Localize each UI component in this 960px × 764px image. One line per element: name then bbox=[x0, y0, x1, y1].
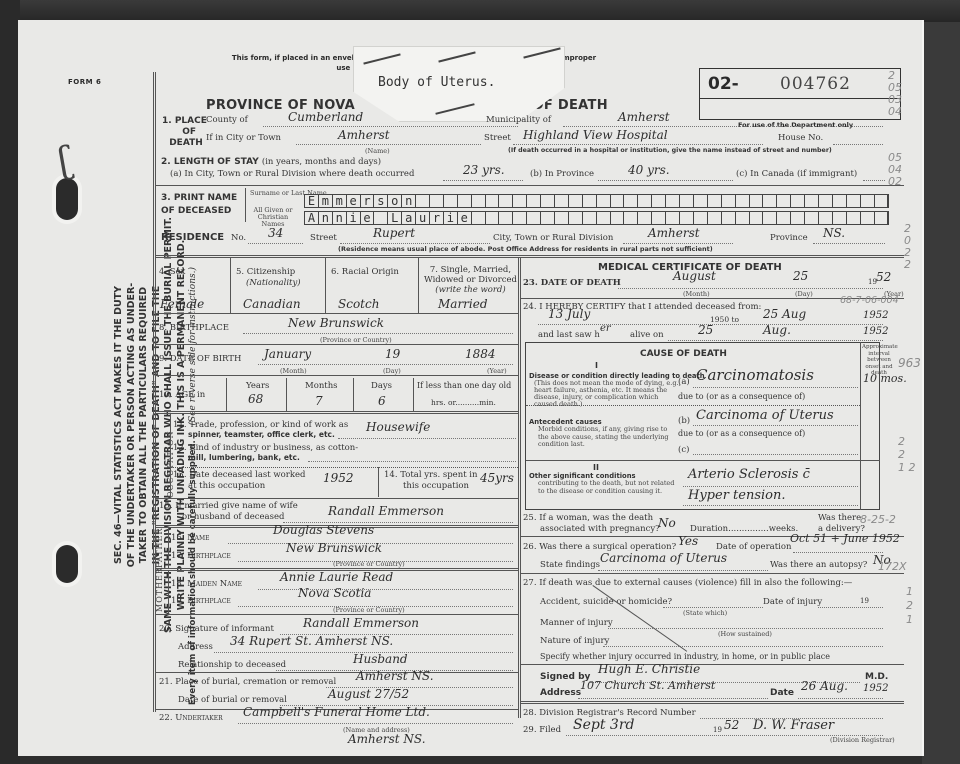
divider bbox=[156, 185, 904, 186]
dob-year-value: 1884 bbox=[465, 347, 496, 361]
dob-label: 9. DATE OF BIRTH bbox=[159, 354, 241, 364]
direct-cause-note: (This does not mean the mode of dying, e… bbox=[534, 380, 682, 408]
father-name-label: 16. Name bbox=[171, 533, 210, 543]
divider bbox=[156, 411, 518, 414]
physician-address-line bbox=[578, 698, 768, 699]
pencil-codes-mid: 2022 bbox=[904, 223, 911, 271]
registration-prefix: 02- bbox=[708, 74, 739, 94]
injury-date-label: Date of injury bbox=[763, 597, 822, 607]
manner-sub-label: (How sustained) bbox=[718, 630, 772, 638]
pregnancy-label: 25. If a woman, was the death bbox=[523, 513, 653, 523]
stay-canada-label: (c) In Canada (if immigrant) bbox=[736, 169, 857, 179]
operation-date-line bbox=[793, 552, 883, 553]
filed-year-value: 52 bbox=[724, 718, 739, 732]
street-label: Street bbox=[484, 133, 511, 143]
signature-date-value: 26 Aug. bbox=[801, 679, 848, 693]
pregnancy-sub-label: associated with pregnancy? bbox=[540, 524, 660, 534]
alive-on-line bbox=[668, 340, 883, 341]
stay-city-label: (a) In City, Town or Rural Division wher… bbox=[170, 169, 414, 179]
other-2-line bbox=[683, 505, 858, 506]
scanner-backdrop-right bbox=[922, 22, 960, 764]
dob-month-value: January bbox=[264, 347, 311, 361]
deceased-name-label: 3. PRINT NAMEOF DECEASED bbox=[161, 192, 237, 218]
margin-check-mark: ʗ bbox=[55, 139, 77, 182]
residence-street-value: Rupert bbox=[373, 226, 415, 240]
burial-place-value: Amherst NS. bbox=[356, 669, 434, 683]
death-month-value: August bbox=[673, 269, 716, 283]
citizenship-sub-label: (Nationality) bbox=[246, 278, 301, 288]
registrar-sub-label: (Division Registrar) bbox=[830, 736, 895, 744]
antecedent-causes-note: Morbid conditions, if any, giving rise t… bbox=[538, 426, 678, 449]
relationship-label: Relationship to deceased bbox=[178, 660, 286, 670]
divider bbox=[860, 342, 861, 510]
filed-year-prefix: 19 bbox=[713, 726, 722, 734]
less-than-day-label: If less than one day old bbox=[417, 381, 511, 390]
signature-date-line bbox=[798, 698, 883, 699]
residence-no-line bbox=[248, 243, 303, 244]
divider bbox=[170, 414, 171, 499]
divider bbox=[245, 188, 246, 222]
pencil-codes-other: 221 2 bbox=[898, 435, 916, 474]
last-worked-value: 1952 bbox=[323, 471, 354, 485]
residence-city-value: Amherst bbox=[648, 226, 700, 240]
scanner-backdrop-top bbox=[0, 0, 960, 22]
from-year-label: 1950 to bbox=[710, 315, 739, 324]
residence-province-value: NS. bbox=[823, 226, 845, 240]
stay-city-line bbox=[443, 180, 523, 181]
father-section-label: FATHER bbox=[155, 528, 164, 568]
divider bbox=[156, 313, 518, 314]
findings-value: Carcinoma of Uterus bbox=[600, 551, 727, 565]
residence-street-label: Street bbox=[310, 233, 337, 243]
residence-city-line bbox=[623, 243, 733, 244]
residence-street-line bbox=[340, 243, 490, 244]
date-of-death-label: 23. DATE OF DEATH bbox=[523, 278, 621, 288]
mother-name-line bbox=[258, 589, 513, 590]
autopsy-label: Was there an autopsy? bbox=[770, 560, 867, 570]
pencil-delivery-code: 8-25-2 bbox=[860, 513, 896, 526]
registration-number-box: 02- 004762 bbox=[699, 68, 901, 120]
trade-line bbox=[338, 438, 516, 439]
divider bbox=[353, 378, 354, 411]
punch-hole-icon bbox=[56, 545, 78, 583]
undertaker-line bbox=[238, 723, 513, 724]
divider bbox=[156, 672, 518, 673]
spouse-sub-label: or husband of deceased bbox=[182, 512, 284, 522]
margin-rule bbox=[153, 72, 156, 712]
municipality-value: Amherst bbox=[618, 110, 670, 124]
divider bbox=[418, 258, 419, 313]
death-certificate-paper: FORM 6 SEC. 46—VITAL STATISTICS ACT MAKE… bbox=[18, 20, 924, 756]
alive-year-value: 1952 bbox=[863, 326, 888, 337]
accident-line bbox=[663, 607, 763, 608]
month-sub-label: (Month) bbox=[683, 290, 710, 298]
residence-note: (Residence means usual place of abode. P… bbox=[338, 245, 713, 253]
total-years-label: 14. Total yrs. spent in bbox=[384, 470, 478, 480]
due-to-label: due to (or as a consequence of) bbox=[678, 429, 805, 438]
county-label: County of bbox=[206, 115, 248, 125]
injury-location-label: Specify whether injury occurred in indus… bbox=[540, 652, 830, 661]
house-line bbox=[833, 144, 883, 145]
injury-year-prefix: 19 bbox=[860, 597, 869, 605]
county-value: Cumberland bbox=[288, 110, 363, 124]
surgical-operation-value: Yes bbox=[678, 534, 698, 548]
divider bbox=[526, 460, 880, 461]
day-sub-label: (Day) bbox=[795, 290, 813, 298]
stay-province-value: 40 yrs. bbox=[628, 163, 670, 177]
city-sub-label: (Name) bbox=[365, 147, 390, 155]
department-note: For use of the Department only bbox=[738, 121, 853, 129]
divider bbox=[226, 378, 227, 411]
md-label: M.D. bbox=[865, 672, 888, 682]
racial-origin-label: 6. Racial Origin bbox=[331, 267, 399, 277]
informant-signature-value: Randall Emmerson bbox=[303, 616, 419, 630]
attended-from-value: 13 July bbox=[548, 307, 590, 321]
father-name-value: Douglas Stevens bbox=[273, 523, 374, 537]
cause-a-interval-value: 10 mos. bbox=[863, 372, 907, 385]
house-label: House No. bbox=[778, 133, 823, 143]
residence-city-label: City, Town or Rural Division bbox=[493, 233, 613, 243]
racial-origin-value: Scotch bbox=[338, 297, 379, 311]
years-label: Years bbox=[246, 381, 269, 391]
place-of-death-label: 1. PLACE OF DEATH bbox=[162, 116, 207, 149]
spouse-label: 15. If married give name of wife bbox=[159, 501, 298, 511]
age-days-value: 6 bbox=[378, 394, 386, 408]
marital-status-value: Married bbox=[438, 297, 488, 311]
province-country-sub-label: (Province or Country) bbox=[333, 560, 405, 568]
last-worked-label: 13. Date deceased last worked bbox=[173, 470, 305, 480]
attached-tag-text: Body of Uterus. bbox=[378, 75, 495, 90]
other-condition-1-value: Arterio Sclerosis c̄ bbox=[688, 467, 810, 482]
nature-label: Nature of injury bbox=[540, 636, 609, 646]
trade-examples: spinner, teamster, office clerk, etc. bbox=[188, 430, 335, 439]
divider bbox=[378, 467, 379, 497]
stay-province-line bbox=[598, 180, 733, 181]
municipality-label: Municipality of bbox=[486, 115, 551, 125]
county-line bbox=[263, 126, 518, 127]
filed-date-value: Sept 3rd bbox=[573, 717, 634, 733]
street-value: Highland View Hospital bbox=[523, 128, 668, 142]
residence-label: RESIDENCE bbox=[161, 232, 224, 243]
cause-b-line bbox=[693, 425, 858, 426]
death-day-value: 25 bbox=[793, 269, 808, 283]
other-conditions-note: contributing to the death, but not relat… bbox=[538, 480, 678, 495]
cause-b-value: Carcinoma of Uterus bbox=[696, 408, 834, 423]
divider bbox=[325, 258, 326, 313]
part-i-label: I bbox=[595, 361, 598, 370]
day-sub-label: (Day) bbox=[383, 367, 401, 375]
burial-place-label: 21. Place of burial, cremation or remova… bbox=[159, 677, 336, 687]
city-line bbox=[296, 144, 481, 145]
operation-date-label: Date of operation bbox=[716, 542, 791, 552]
age-years-value: 68 bbox=[248, 392, 263, 406]
divider bbox=[168, 528, 169, 568]
divider bbox=[230, 258, 231, 313]
divider bbox=[156, 375, 518, 376]
residence-province-line bbox=[813, 243, 885, 244]
registration-number: 004762 bbox=[780, 74, 851, 94]
days-label: Days bbox=[371, 381, 392, 391]
operation-date-value: Oct 51 + June 1952 bbox=[790, 532, 900, 545]
undertaker-label: 22. Undertaker bbox=[159, 713, 223, 723]
marital-status-label: 7. Single, Married,Widowed or Divorced(w… bbox=[424, 265, 517, 295]
alive-day-value: 25 bbox=[698, 323, 713, 337]
informant-signature-label: 20. Signature of informant bbox=[159, 624, 274, 634]
divider bbox=[526, 405, 860, 406]
scanner-backdrop-left bbox=[0, 0, 20, 764]
birthplace-label: 8. BIRTHPLACE bbox=[159, 323, 229, 333]
municipality-line bbox=[563, 126, 883, 127]
trade-label: 11. Trade, profession, or kind of work a… bbox=[173, 420, 348, 430]
year-sub-label: (Year) bbox=[487, 367, 507, 375]
city-value: Amherst bbox=[338, 128, 390, 142]
undertaker-value: Campbell's Funeral Home Ltd. bbox=[243, 705, 430, 719]
findings-label: State findings bbox=[540, 560, 600, 570]
mother-birthplace-label: 19. Birthplace bbox=[171, 596, 231, 606]
pencil-age-code: 68-7-06-004 bbox=[840, 295, 899, 306]
form-number: FORM 6 bbox=[68, 78, 101, 86]
nature-line bbox=[603, 646, 883, 647]
citizenship-value: Canadian bbox=[243, 297, 301, 311]
last-saw-suffix-value: er bbox=[600, 323, 611, 334]
province-country-sub-label: (Province or Country) bbox=[333, 606, 405, 614]
father-birthplace-label: 17. Birthplace bbox=[171, 551, 231, 561]
date-of-death-line bbox=[618, 288, 883, 289]
attended-to-value: 25 Aug bbox=[763, 307, 806, 321]
cause-a-label: (a) bbox=[678, 377, 690, 387]
sex-label: 4. Sex bbox=[159, 267, 185, 277]
punch-hole-icon bbox=[56, 178, 78, 220]
findings-line bbox=[598, 570, 768, 571]
stay-canada-line bbox=[863, 180, 885, 181]
due-to-label: due to (or as a consequence of) bbox=[678, 392, 805, 401]
cause-a-line bbox=[693, 387, 858, 388]
mother-section-label: MOTHER bbox=[155, 567, 164, 612]
residence-province-label: Province bbox=[770, 233, 808, 243]
dob-day-value: 19 bbox=[385, 347, 400, 361]
age-label: 10. AGE in bbox=[159, 390, 205, 400]
total-years-value: 45yrs bbox=[480, 471, 514, 485]
mother-birthplace-value: Nova Scotia bbox=[298, 586, 371, 600]
physician-signature-value: Hugh E. Christie bbox=[598, 662, 700, 676]
months-label: Months bbox=[305, 381, 338, 391]
other-condition-2-value: Hyper tension. bbox=[688, 488, 786, 503]
part-ii-label: II bbox=[593, 463, 599, 472]
relationship-value: Husband bbox=[353, 652, 408, 666]
pencil-codes-top: 2050304 bbox=[888, 70, 902, 118]
citizenship-label: 5. Citizenship bbox=[236, 267, 295, 277]
divider bbox=[168, 571, 169, 613]
last-saw-label: and last saw h bbox=[538, 330, 600, 340]
mother-name-label: 18. Maiden Name bbox=[171, 579, 242, 589]
cause-c-label: (c) bbox=[678, 445, 689, 455]
industry-label: 12. Kind of industry or business, as cot… bbox=[173, 443, 358, 453]
pregnancy-value: No bbox=[658, 516, 676, 530]
cause-c-line bbox=[693, 454, 858, 455]
instruction-line: SEC. 46—VITAL STATISTICS ACT MAKES IT TH… bbox=[113, 145, 126, 705]
informant-address-value: 34 Rupert St. Amherst NS. bbox=[230, 634, 393, 648]
divider bbox=[521, 664, 904, 665]
death-year-value: 52 bbox=[876, 270, 891, 284]
cause-b-label: (b) bbox=[678, 416, 690, 426]
divider bbox=[413, 378, 414, 411]
cause-of-death-heading: CAUSE OF DEATH bbox=[640, 349, 727, 359]
divider bbox=[156, 255, 904, 258]
signature-date-label: Date bbox=[770, 688, 794, 698]
delivery-label: Was there bbox=[818, 513, 861, 523]
pencil-external-code: 172X bbox=[878, 560, 907, 573]
surname-grid: Emmerson bbox=[304, 194, 889, 208]
total-years-sub-label: this occupation bbox=[403, 481, 469, 491]
month-sub-label: (Month) bbox=[280, 367, 307, 375]
divider bbox=[156, 614, 518, 615]
informant-address-label: Address bbox=[178, 642, 213, 652]
pencil-interval-code: 963 bbox=[898, 356, 921, 370]
alive-month-value: Aug. bbox=[763, 323, 791, 337]
alive-on-label: alive on bbox=[630, 330, 664, 340]
stay-province-label: (b) In Province bbox=[530, 169, 594, 179]
undertaker-city-value: Amherst NS. bbox=[348, 732, 426, 746]
birthplace-line bbox=[243, 333, 513, 334]
physician-address-label: Address bbox=[540, 688, 581, 698]
last-worked-sub-label: at this occupation bbox=[188, 481, 265, 491]
manner-label: Manner of injury bbox=[540, 618, 613, 628]
industry-examples: mill, lumbering, bank, etc. bbox=[188, 453, 300, 462]
registrar-signature-value: D. W. Fraser bbox=[753, 718, 834, 733]
manner-line bbox=[608, 628, 883, 629]
length-of-stay-label: 2. LENGTH OF STAY (in years, months and … bbox=[161, 157, 381, 167]
sex-value: Female bbox=[160, 297, 204, 311]
accident-label: Accident, suicide or homicide? bbox=[540, 597, 672, 607]
instruction-line: TAKER TO OBTAIN ALL THE PARTICULARS REQU… bbox=[138, 145, 151, 705]
age-months-value: 7 bbox=[315, 394, 323, 408]
street-note: (If death occurred in a hospital or inst… bbox=[508, 147, 832, 154]
residence-no-label: No. bbox=[231, 233, 246, 243]
pencil-codes-bottom: 121 bbox=[906, 585, 913, 627]
divider bbox=[521, 701, 904, 704]
burial-date-value: August 27/52 bbox=[328, 687, 409, 701]
external-causes-label: 27. If death was due to external causes … bbox=[523, 578, 852, 588]
instruction-line: OF THE UNDERTAKER OR PERSON ACTING AS UN… bbox=[126, 145, 139, 705]
signature-year-value: 1952 bbox=[863, 683, 888, 694]
mother-name-value: Annie Laurie Read bbox=[280, 570, 393, 584]
given-names-grid: AnnieLaurie bbox=[304, 211, 889, 225]
divider bbox=[170, 467, 518, 468]
street-line bbox=[513, 144, 763, 145]
attended-to-year-value: 1952 bbox=[863, 310, 888, 321]
cause-a-value: Carcinomatosis bbox=[696, 366, 814, 384]
burial-date-label: Date of burial or removal bbox=[178, 695, 287, 705]
residence-no-value: 34 bbox=[268, 226, 283, 240]
given-names-label: All Given or Christian Names bbox=[248, 207, 298, 228]
accident-sub-label: (State which) bbox=[683, 609, 727, 617]
divider bbox=[521, 573, 904, 574]
spouse-value: Randall Emmerson bbox=[328, 504, 444, 518]
father-birthplace-value: New Brunswick bbox=[286, 541, 382, 555]
divider bbox=[286, 378, 287, 411]
stay-city-value: 23 yrs. bbox=[463, 163, 505, 177]
injury-date-line bbox=[818, 607, 883, 608]
dob-line bbox=[258, 364, 513, 365]
divider bbox=[156, 498, 518, 499]
column-divider bbox=[518, 258, 521, 718]
industry-line bbox=[308, 461, 516, 462]
birthplace-value: New Brunswick bbox=[288, 316, 384, 330]
birthplace-sub-label: (Province or Country) bbox=[320, 336, 392, 344]
trade-value: Housewife bbox=[366, 420, 430, 434]
pencil-codes-stay: 050402 bbox=[888, 152, 902, 188]
hrs-min-label: hrs. or..........min. bbox=[431, 398, 496, 407]
physician-address-value: 107 Church St. Amherst bbox=[580, 679, 715, 692]
duration-label: Duration...............weeks. bbox=[690, 524, 798, 534]
divider bbox=[156, 344, 518, 345]
city-label: If in City or Town bbox=[206, 133, 281, 143]
other-1-line bbox=[683, 486, 858, 487]
filed-label: 29. Filed bbox=[523, 725, 561, 735]
